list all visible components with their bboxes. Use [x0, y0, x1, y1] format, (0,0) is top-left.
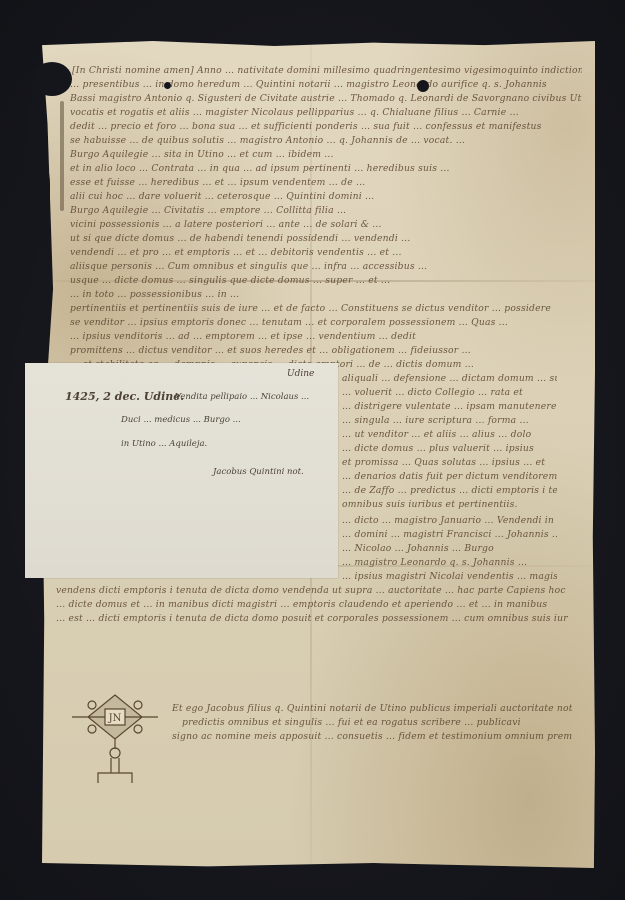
- text-line: ... de Zaffo ... predictus ... dicti emp…: [342, 485, 557, 496]
- text-line: omnibus suis iuribus et pertinentiis.: [342, 499, 557, 510]
- damage-hole: [28, 160, 50, 220]
- text-line: ... ut venditor ... et aliis ... alius .…: [342, 429, 557, 440]
- text-line: ... dicto ... magistro Januario ... Vend…: [342, 515, 557, 526]
- notarial-sign-icon: JN: [72, 693, 158, 783]
- archival-label: Udine 1425, 2 dec. Udine. Vendita pellip…: [25, 363, 338, 578]
- text-line: ... voluerit ... dicto Collegio ... rata…: [342, 387, 557, 398]
- notarial-subscription-line: Et ego Jacobus filius q. Quintini notari…: [172, 703, 572, 714]
- text-line: ... denarios datis fuit per dictum vendi…: [342, 471, 557, 482]
- text-line: vocatis et rogatis et aliis ... magister…: [70, 107, 582, 118]
- label-date-place: 1425, 2 dec. Udine.: [65, 390, 184, 403]
- text-line: ... ipsius venditoris ... ad ... emptore…: [70, 331, 582, 342]
- text-line: usque ... dicte domus ... singulis que d…: [70, 275, 582, 286]
- text-line: ... singula ... iure scriptura ... forma…: [342, 415, 557, 426]
- text-line: ... dicte domus et ... in manibus dicti …: [56, 599, 568, 610]
- text-line: ... presentibus ... in domo heredum ... …: [70, 79, 582, 90]
- damage-hole: [164, 82, 171, 89]
- text-line: ... domini ... magistri Francisci ... Jo…: [342, 529, 557, 540]
- text-line: ... distrigere vulentate ... ipsam manut…: [342, 401, 557, 412]
- text-line: ... in toto ... possessionibus ... in ..…: [70, 289, 582, 300]
- text-line: ut si que dicte domus ... de habendi ten…: [70, 233, 582, 244]
- text-line: pertinentiis et pertinentiis suis de iur…: [70, 303, 582, 314]
- label-description-line: Duci ... medicus ... Burgo ...: [121, 415, 241, 425]
- text-line: ... Nicolao ... Johannis ... Burgo: [342, 543, 557, 554]
- text-line: vicini possessionis ... a latere posteri…: [70, 219, 582, 230]
- text-line: Burgo Aquilegie ... Civitatis ... emptor…: [70, 205, 582, 216]
- damage-hole: [28, 95, 46, 155]
- label-description-line: in Utino ... Aquileja.: [121, 439, 207, 449]
- text-line: ... dicte domus ... plus valuerit ... ip…: [342, 443, 557, 454]
- text-line: [In Christi nomine amen] Anno ... nativi…: [72, 65, 582, 76]
- text-line: aliquali ... defensione ... dictam domum…: [342, 373, 557, 384]
- text-line: se venditor ... ipsius emptoris donec ..…: [70, 317, 582, 328]
- damage-hole: [417, 80, 429, 92]
- decorated-initial: [60, 101, 64, 211]
- svg-text:JN: JN: [108, 713, 122, 724]
- text-line: Bassi magistro Antonio q. Sigusteri de C…: [70, 93, 582, 104]
- label-signature: Jacobus Quintini not.: [213, 467, 304, 477]
- text-line: dedit ... precio et foro ... bona sua ..…: [70, 121, 582, 132]
- label-place-note: Udine: [287, 369, 314, 379]
- damage-hole: [32, 62, 72, 96]
- text-line: promittens ... dictus venditor ... et su…: [70, 345, 582, 356]
- notarial-subscription-line: signo ac nomine meis apposuit ... consue…: [172, 731, 572, 742]
- text-line: ... est ... dicti emptoris i tenuta de d…: [56, 613, 568, 624]
- label-description-line: Vendita pellipaio ... Nicolaus ...: [175, 392, 309, 402]
- text-line: vendendi ... et pro ... et emptoris ... …: [70, 247, 582, 258]
- text-line: se habuisse ... de quibus solutis ... ma…: [70, 135, 582, 146]
- text-line: Burgo Aquilegie ... sita in Utino ... et…: [70, 149, 582, 160]
- text-line: et in alio loco ... Contrata ... in qua …: [70, 163, 582, 174]
- text-line: et promissa ... Quas solutas ... ipsius …: [342, 457, 557, 468]
- text-line: ... magistro Leonardo q. s. Johannis ...: [342, 557, 557, 568]
- text-line: esse et fuisse ... heredibus ... et ... …: [70, 177, 582, 188]
- text-line: vendens dicti emptoris i tenuta de dicta…: [56, 585, 568, 596]
- notarial-subscription-line: predictis omnibus et singulis ... fui et…: [182, 717, 572, 728]
- text-line: alii cui hoc ... dare voluerit ... ceter…: [70, 191, 582, 202]
- text-line: ... ipsius magistri Nicolai vendentis ..…: [342, 571, 557, 582]
- text-line: aliisque personis ... Cum omnibus et sin…: [70, 261, 582, 272]
